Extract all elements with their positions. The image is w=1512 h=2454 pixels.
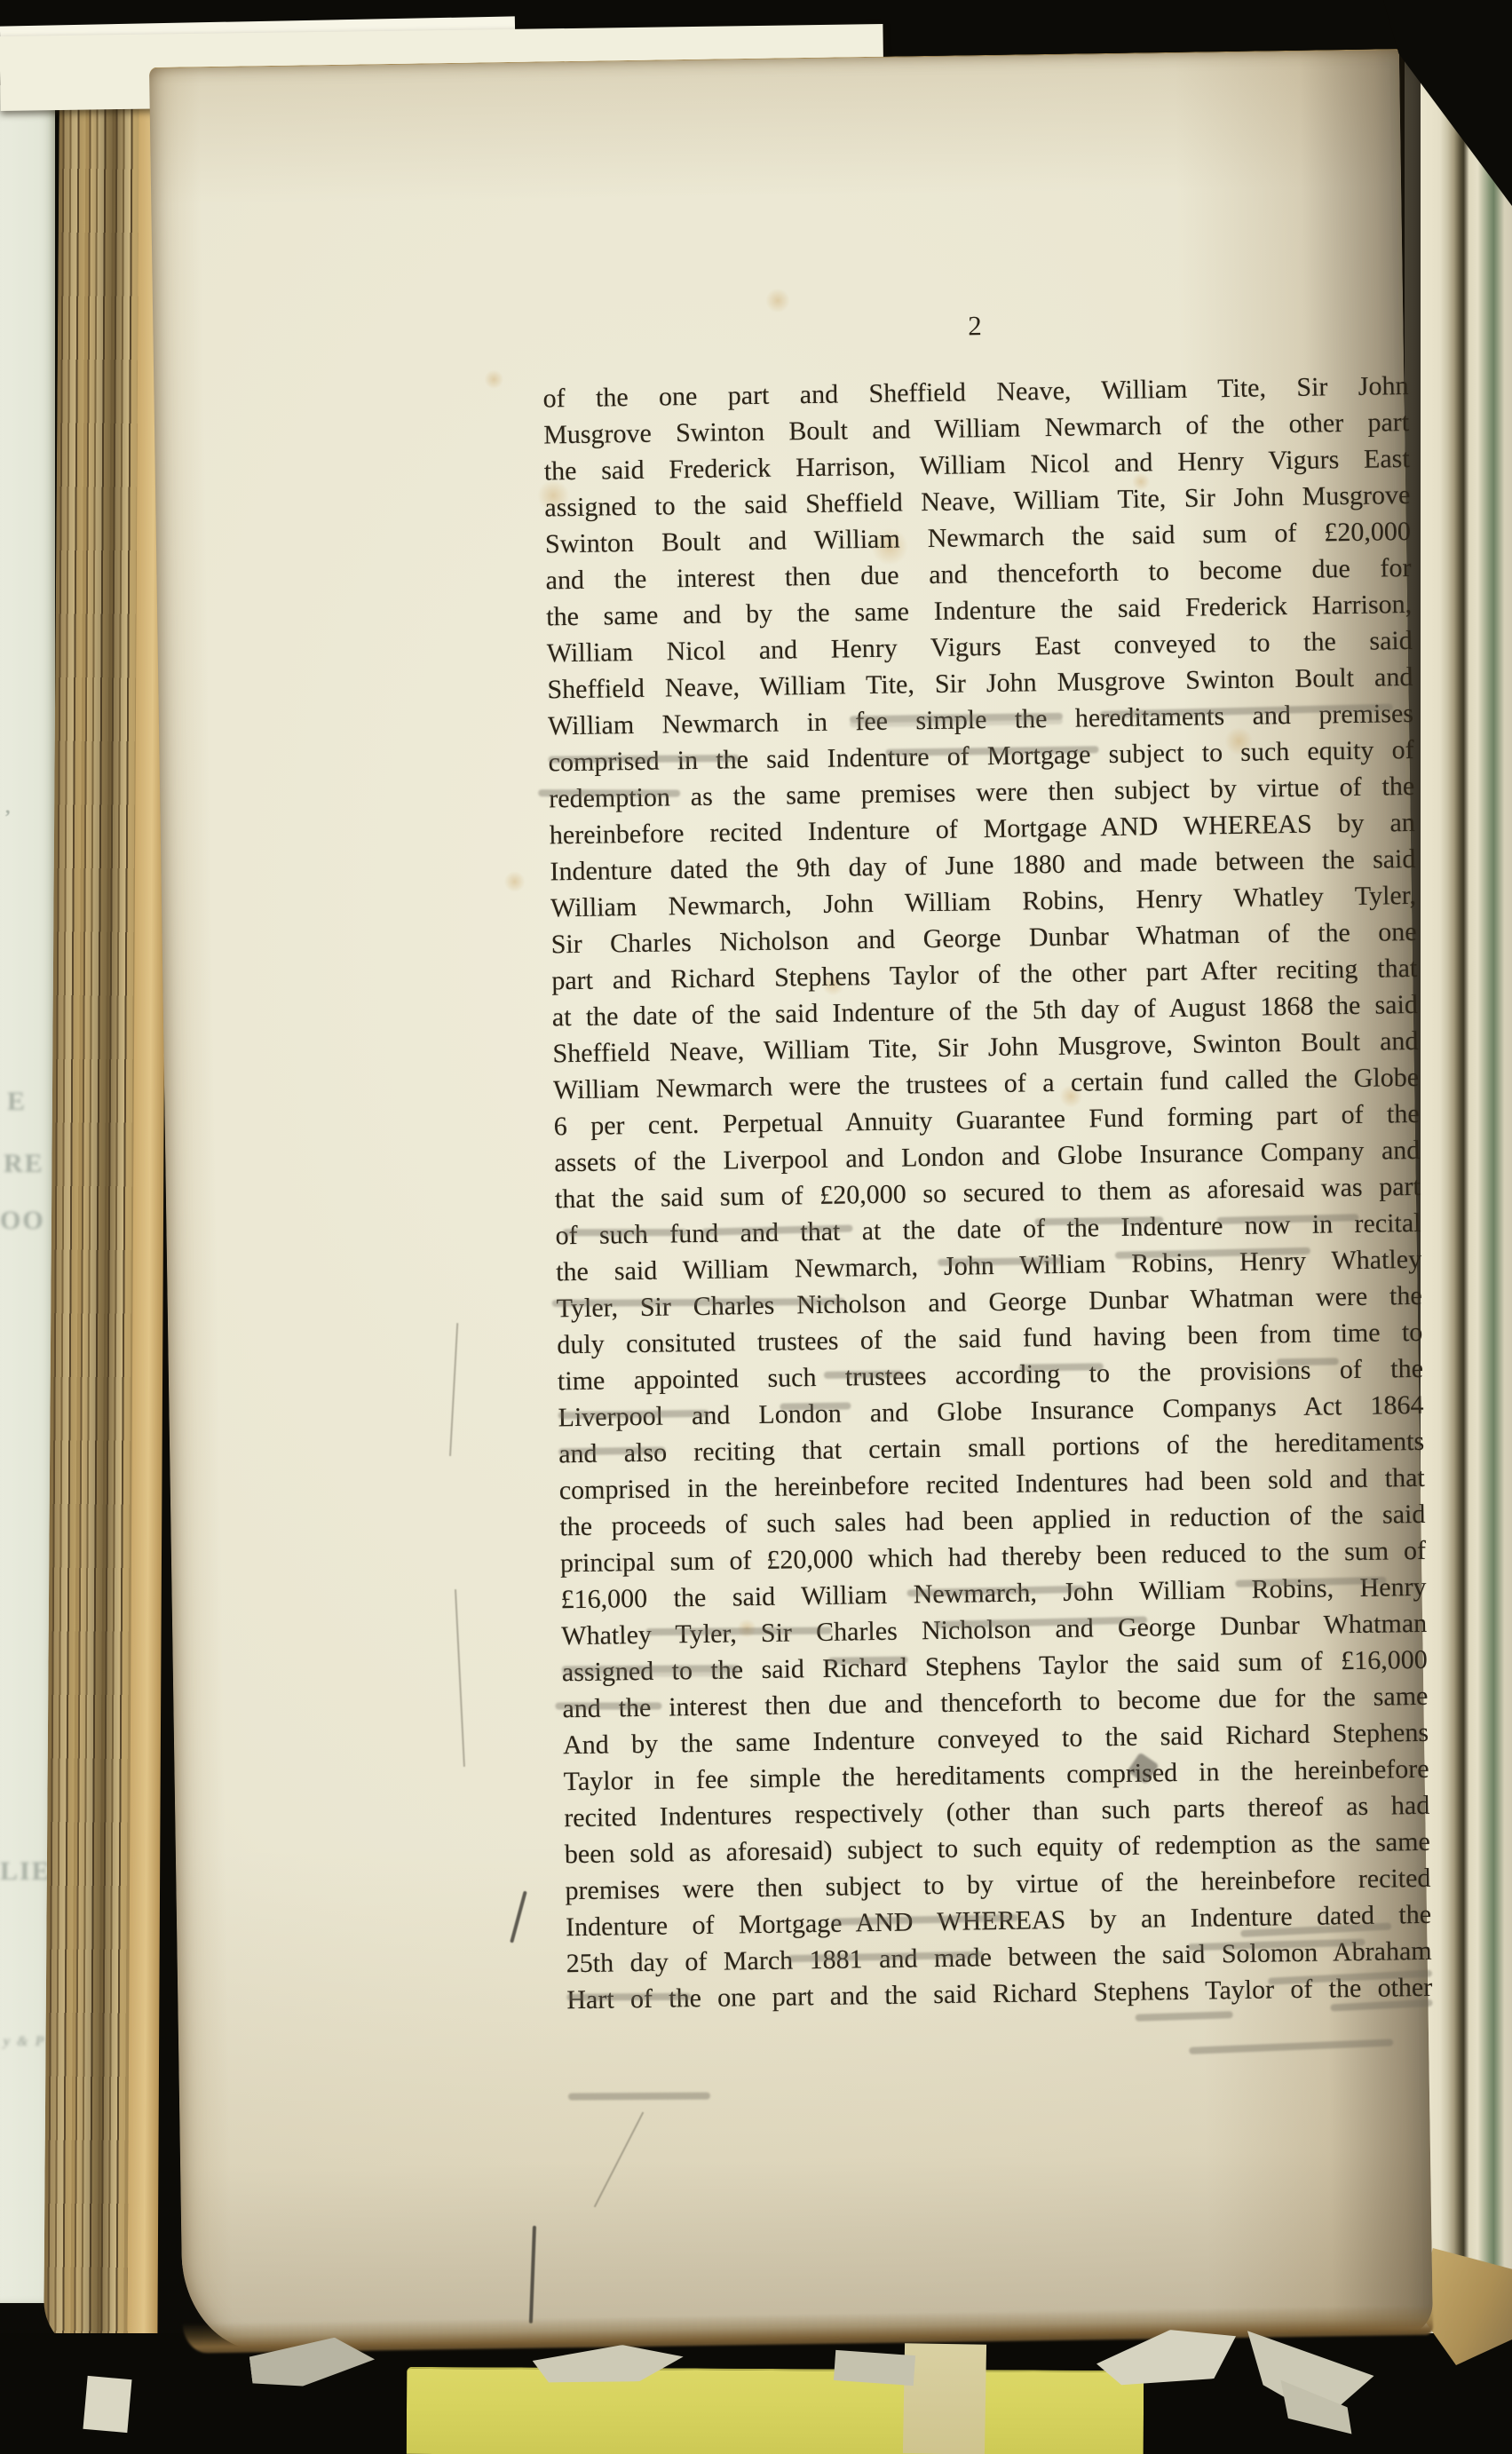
pencil-mark — [566, 1993, 691, 2001]
ghost-text-fragment: , — [5, 796, 12, 819]
pencil-mark — [563, 1229, 687, 1236]
pencil-mark — [568, 2093, 710, 2101]
pencil-mark — [645, 1627, 832, 1636]
ghost-text-fragment: y & P — [4, 2034, 45, 2050]
ghost-text-fragment: RE — [4, 1149, 44, 1179]
pencil-mark — [538, 789, 680, 796]
margin-ink-mark — [529, 2226, 536, 2323]
page-number: 2 — [542, 304, 1407, 348]
pencil-mark — [828, 1657, 908, 1665]
ghost-text-fragment: E — [7, 1087, 27, 1117]
foxing-spot — [503, 871, 525, 892]
paper-tab — [903, 2343, 986, 2454]
book-photo-scene: , E RE OO LIEF y & P 2 of the one part a… — [0, 0, 1512, 2454]
pencil-mark — [1277, 1358, 1339, 1366]
foxing-spot — [484, 369, 503, 389]
pencil-mark — [549, 755, 740, 764]
crease-mark — [455, 1589, 465, 1767]
torn-paper-fragment — [83, 2376, 131, 2433]
pencil-mark — [780, 1402, 851, 1410]
pencil-mark — [1136, 2011, 1233, 2022]
margin-ink-mark — [510, 1891, 527, 1943]
pencil-mark — [1019, 1363, 1104, 1371]
pencil-mark — [1189, 2038, 1393, 2054]
yellow-insert-sheet — [407, 2367, 1144, 2454]
foxing-spot — [765, 288, 790, 313]
body-text: of the one part and Sheffield Neave, Wil… — [542, 368, 1432, 2018]
pencil-mark — [562, 1665, 740, 1673]
book-page: 2 of the one part and Sheffield Neave, W… — [149, 49, 1433, 2352]
pencil-mark — [824, 1371, 904, 1379]
crease-mark — [449, 1323, 458, 1456]
torn-paper-fragment — [834, 2350, 915, 2386]
pencil-mark — [555, 1702, 661, 1709]
crease-mark — [594, 2112, 645, 2208]
ghost-text-fragment: OO — [0, 1206, 45, 1236]
